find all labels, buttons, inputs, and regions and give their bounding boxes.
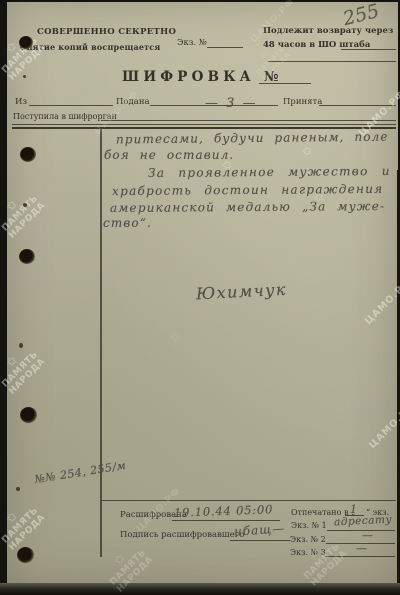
copy-3-value: — <box>356 542 367 555</box>
return-notice-line1: Подлежит возврату через <box>263 26 393 36</box>
photo-edge-bottom <box>0 583 400 595</box>
box-left-line <box>100 129 102 557</box>
message-line: ство“. <box>103 216 152 230</box>
from-line <box>29 105 113 106</box>
received-label: Принята <box>283 97 322 107</box>
copy-1-line <box>327 530 395 531</box>
message-line: храбрость достоин награждения <box>112 182 384 198</box>
from-label: Из <box>15 97 27 107</box>
decipherer-line <box>230 540 290 541</box>
cipher-org-line <box>101 120 396 121</box>
paper-speck <box>23 75 26 78</box>
footer-top-line <box>102 500 396 501</box>
message-line: американской медалью „За муже- <box>110 199 385 215</box>
return-line <box>341 49 396 50</box>
scanned-cipher-telegram: СОВЕРШЕННО СЕКРЕТНО Снятие копий воспрещ… <box>0 0 400 595</box>
copy-1-label: Экз. № 1 <box>291 521 327 530</box>
box-top-line-thin <box>12 124 396 125</box>
copy-number-line <box>207 47 243 48</box>
paper-speck <box>23 203 27 207</box>
message-line: За проявленное мужество и <box>148 164 391 180</box>
punch-hole <box>17 547 34 563</box>
punch-hole <box>19 249 35 264</box>
sent-value-handwritten: — 3 — <box>205 96 258 111</box>
message-line: боя не оставил. <box>104 148 234 162</box>
message-line: притесами, будучи раненым, поле <box>116 130 389 147</box>
punch-hole <box>20 407 37 423</box>
paper-speck <box>16 487 20 491</box>
deciphered-line <box>172 520 280 521</box>
title-number-line <box>259 83 311 84</box>
copy-number-label: Экз. № <box>177 38 207 48</box>
paper-speck <box>19 343 23 348</box>
top-secret-stamp: СОВЕРШЕННО СЕКРЕТНО <box>37 27 176 37</box>
punch-hole <box>19 36 33 49</box>
copy-2-value: — <box>362 529 373 542</box>
punch-hole <box>20 147 36 162</box>
box-top-line-thick <box>12 127 396 129</box>
